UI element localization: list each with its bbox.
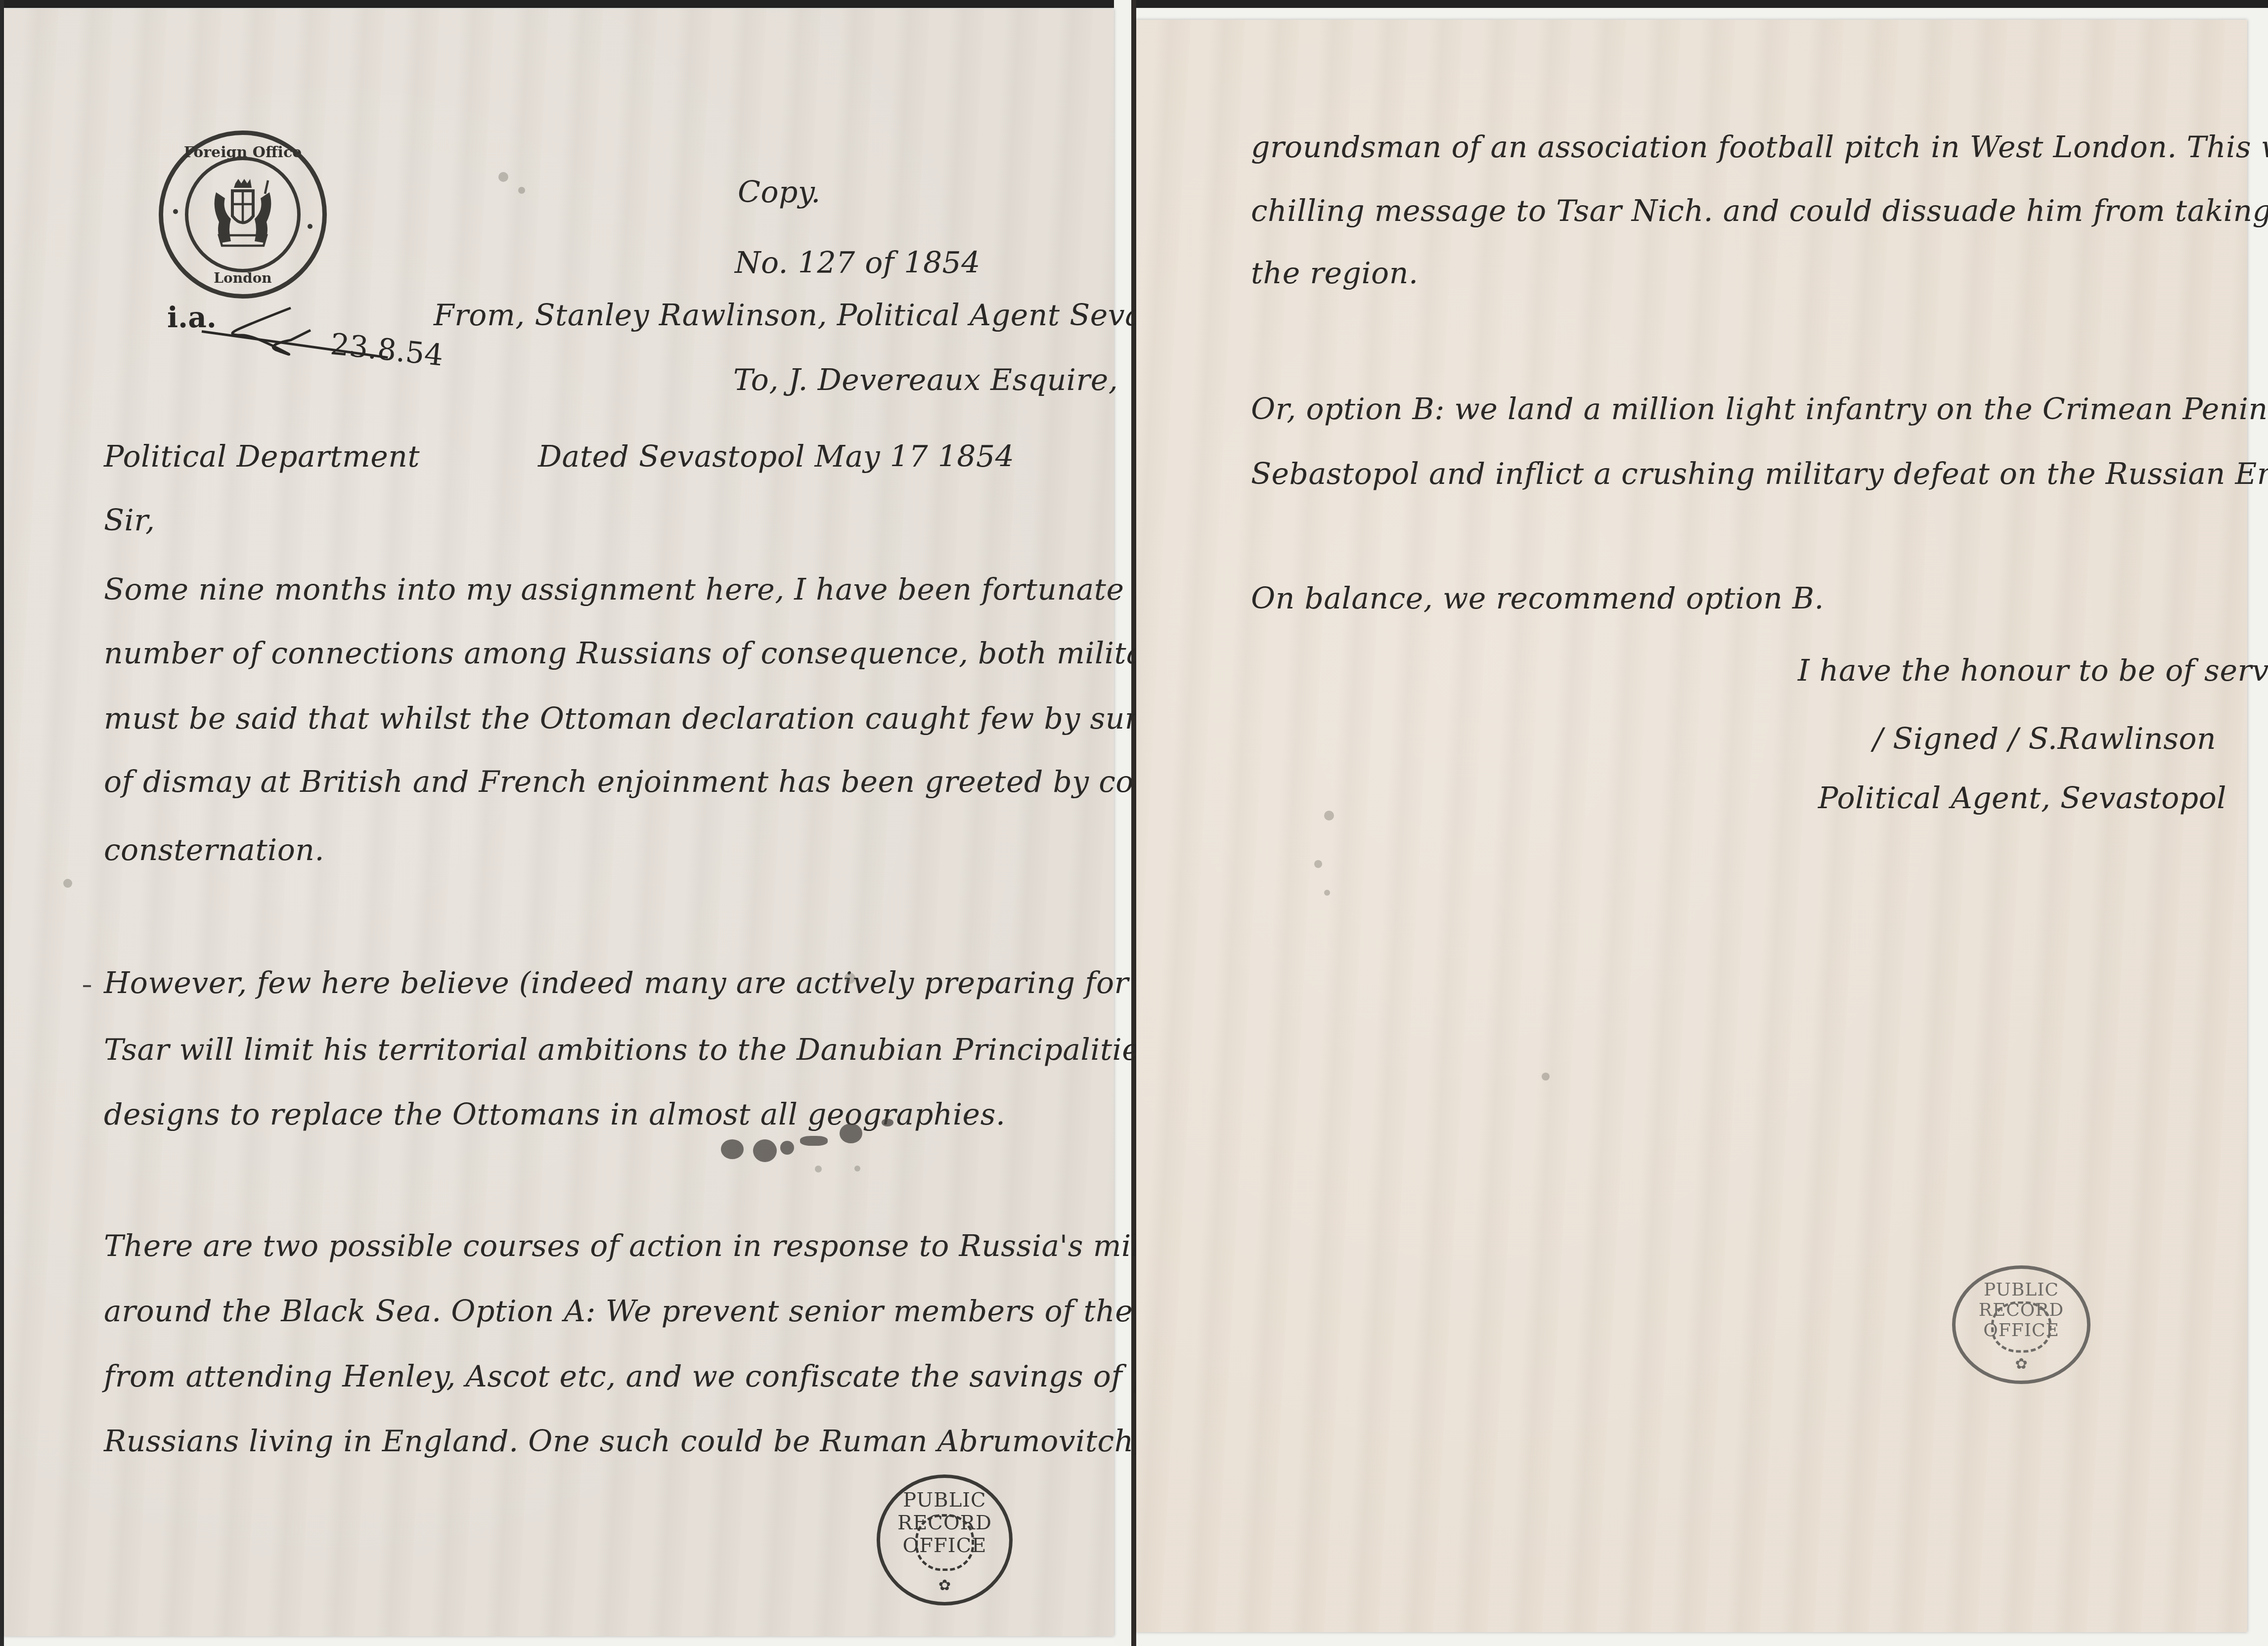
public-record-office-stamp: PUBLIC RECORD OFFICE ✿ — [1952, 1265, 2090, 1384]
recipient-line: To, J. Devereaux Esquire, — [733, 363, 1118, 397]
monarch-head-icon — [1991, 1301, 2051, 1353]
text-line: chilling message to Tsar Nich. and could… — [1251, 194, 2268, 228]
text-line: the region. — [1251, 256, 1418, 291]
letter-page-1: Foreign Office London i.a. 23.8.54 Copy.… — [4, 9, 1114, 1636]
text-line: consternation. — [104, 833, 324, 867]
text-line: Tsar will limit his territorial ambition… — [104, 1033, 1288, 1067]
text-line: Sebastopol and inflict a crushing milita… — [1251, 457, 2268, 491]
scanner-left-edge — [0, 0, 4, 1646]
letter-page-2: groundsman of an association football pi… — [1136, 20, 2247, 1632]
dated-line: Dated Sevastopol May 17 1854 — [538, 439, 1014, 474]
public-record-office-stamp: PUBLIC RECORD OFFICE ✿ — [877, 1474, 1013, 1605]
seal-bottom-text: London — [163, 270, 322, 286]
sender-line: From, Stanley Rawlinson, Political Agent… — [434, 298, 1236, 333]
seal-dot — [308, 224, 312, 229]
monarch-head-icon — [915, 1514, 975, 1571]
signature-line: / Signed / S.Rawlinson — [1873, 722, 2216, 756]
flower-icon: ✿ — [2015, 1355, 2027, 1373]
flower-icon: ✿ — [938, 1577, 951, 1594]
text-line: Or, option B: we land a million light in… — [1251, 392, 2268, 427]
page-divider — [1131, 0, 1136, 1646]
foreign-office-seal: Foreign Office London — [159, 130, 327, 299]
salutation: Sir, — [104, 503, 155, 538]
dispatch-number: No. 127 of 1854 — [735, 246, 980, 280]
seal-dot — [173, 209, 178, 214]
text-line: Russians living in England. One such cou… — [104, 1424, 1202, 1459]
page-gap — [1114, 0, 1131, 1646]
seal-inner-ring — [185, 157, 301, 272]
copy-label: Copy. — [738, 175, 821, 210]
text-line: of dismay at British and French enjoinme… — [104, 765, 1294, 799]
text-line: from attending Henley, Ascot etc, and we… — [104, 1359, 1290, 1394]
closing-line: I have the honour to be of service — [1798, 653, 2268, 688]
initials-signature-icon — [217, 305, 315, 360]
text-line: However, few here believe (indeed many a… — [104, 966, 1302, 1000]
royal-coat-of-arms-icon — [206, 177, 280, 252]
signatory-title: Political Agent, Sevastopol — [1818, 781, 2226, 816]
text-line: designs to replace the Ottomans in almos… — [104, 1097, 1006, 1132]
recommendation-line: On balance, we recommend option B. — [1251, 581, 1824, 616]
annotation-initials: i.a. — [167, 301, 217, 334]
text-line: groundsman of an association football pi… — [1251, 130, 2268, 165]
department-line: Political Department — [104, 439, 420, 474]
annotation-date: 23.8.54 — [329, 327, 445, 373]
margin-dash — [83, 985, 91, 987]
